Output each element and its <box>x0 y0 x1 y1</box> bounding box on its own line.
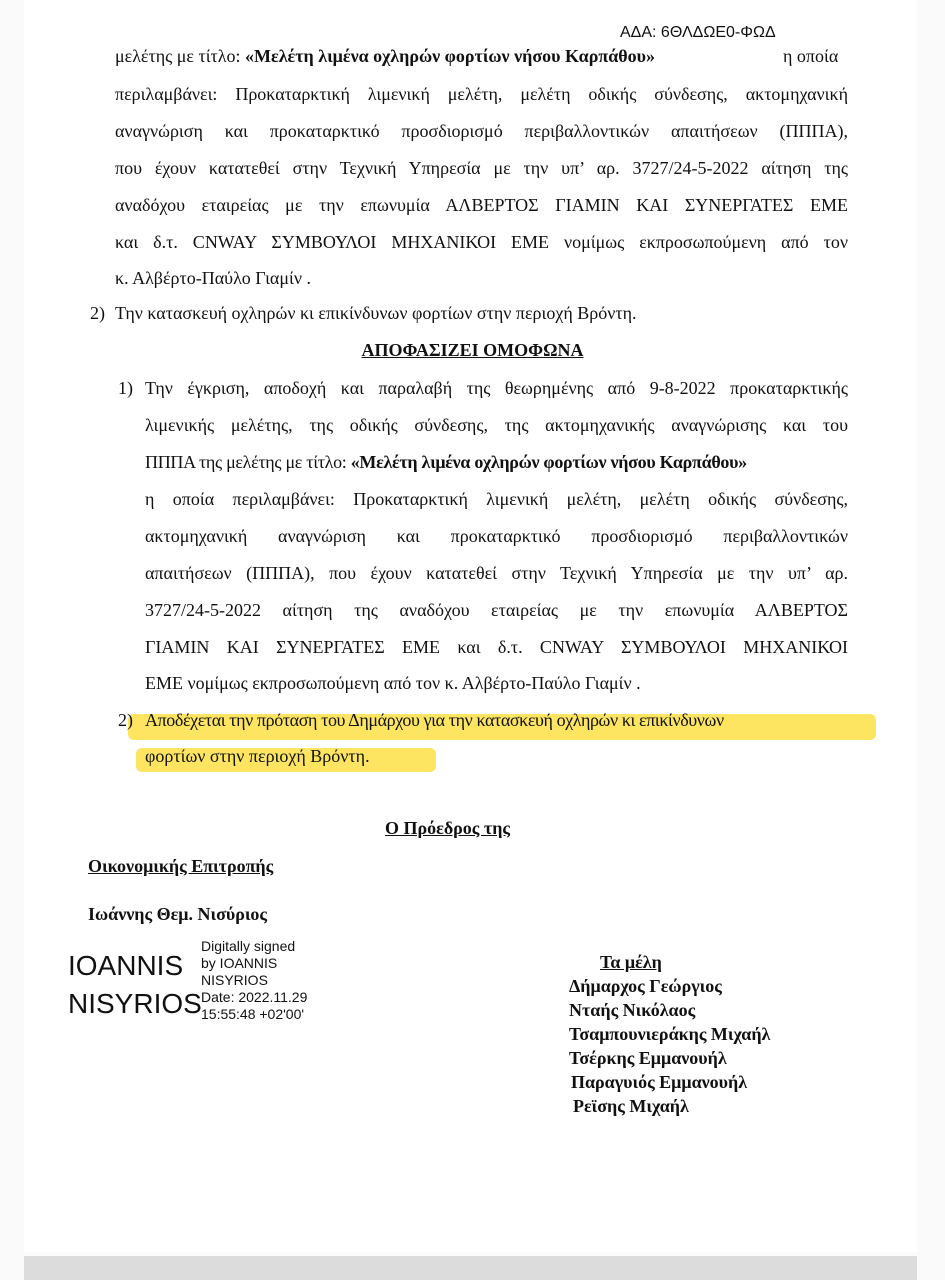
decision-item-1-line: λιμενικής μελέτης, της οδικής σύνδεσης, … <box>145 415 848 436</box>
decision-item-2-line: φορτίων στην περιοχή Βρόντη. <box>145 746 370 767</box>
signature-info-line: NISYRIOS <box>201 972 307 989</box>
signature-title-1: Ο Πρόεδρος της <box>385 818 510 839</box>
study-title: «Μελέτη λιμένα οχληρών φορτίων νήσου Καρ… <box>245 46 655 66</box>
decision-heading: ΑΠΟΦΑΣΙΖΕΙ ΟΜΟΦΩΝΑ <box>0 340 945 361</box>
members-heading: Τα μέλη <box>600 952 662 973</box>
digital-signature-name: NISYRIOS <box>68 988 202 1020</box>
intro-text: μελέτης με τίτλο: <box>115 46 245 66</box>
decision-item-1-line: Την έγκριση, αποδοχή και παραλαβή της θε… <box>145 378 848 399</box>
intro-line: που έχουν κατατεθεί στην Τεχνική Υπηρεσί… <box>115 158 848 179</box>
list-number: 1) <box>118 378 133 399</box>
signature-info-line: Digitally signed <box>201 938 307 955</box>
decision-item-1-line: ΕΜΕ νομίμως εκπροσωπούμενη από τον κ. Αλ… <box>145 673 641 694</box>
signature-info-line: 15:55:48 +02'00' <box>201 1006 307 1023</box>
intro-line: περιλαμβάνει: Προκαταρκτική λιμενική μελ… <box>115 84 848 105</box>
intro-line-1: μελέτης με τίτλο: «Μελέτη λιμένα οχληρών… <box>115 46 655 67</box>
member-name: Ρεϊσης Μιχαήλ <box>573 1096 689 1117</box>
decision-item-1-line: ακτομηχανική αναγνώριση και προκαταρκτικ… <box>145 526 848 547</box>
page-bottom-edge <box>24 1256 917 1280</box>
intro-line: και δ.τ. CNWAY ΣΥΜΒΟΥΛΟΙ ΜΗΧΑΝΙΚΟΙ ΕΜΕ ν… <box>115 232 848 253</box>
signer-name: Ιωάννης Θεμ. Νισύριος <box>88 904 267 925</box>
intro-line: κ. Αλβέρτο-Παύλο Γιαμίν . <box>115 268 311 289</box>
member-name: Τσαμπουνιεράκης Μιχαήλ <box>569 1024 770 1045</box>
list-number: 2) <box>118 710 133 731</box>
member-name: Δήμαρχος Γεώργιος <box>569 976 722 997</box>
decision-item-2-line: Αποδέχεται την πρόταση του Δημάρχου για … <box>145 710 724 731</box>
document-page <box>24 0 917 1252</box>
signature-title-2: Οικονομικής Επιτροπής <box>88 856 273 877</box>
intro-line-1-end: η οποία <box>783 46 838 67</box>
signature-info-line: Date: 2022.11.29 <box>201 989 307 1006</box>
member-name: Νταής Νικόλαος <box>569 1000 695 1021</box>
member-name: Τσέρκης Εμμανουήλ <box>569 1048 727 1069</box>
signature-info-line: by IOANNIS <box>201 955 307 972</box>
ada-code: ΑΔΑ: 6ΘΛΔΩΕ0-ΦΩΔ <box>620 24 776 42</box>
decision-item-1-line: ΠΠΠΑ της μελέτης με τίτλο: «Μελέτη λιμέν… <box>145 452 747 473</box>
decision-item-1-line: απαιτήσεων (ΠΠΠΑ), που έχουν κατατεθεί σ… <box>145 563 848 584</box>
intro-line: αναδόχου εταιρείας με την επωνυμία ΑΛΒΕΡ… <box>115 195 848 216</box>
list-number: 2) <box>90 303 105 324</box>
decision-item-1-line: ΓΙΑΜΙΝ ΚΑΙ ΣΥΝΕΡΓΑΤΕΣ ΕΜΕ και δ.τ. CNWAY… <box>145 637 848 658</box>
study-title: «Μελέτη λιμένα οχληρών φορτίων νήσου Καρ… <box>351 452 747 472</box>
decision-item-1-line: η οποία περιλαμβάνει: Προκαταρκτική λιμε… <box>145 489 848 510</box>
decision-text: ΠΠΠΑ της μελέτης με τίτλο: <box>145 452 351 472</box>
intro-item-2: Την κατασκευή οχληρών κι επικίνδυνων φορ… <box>115 303 637 324</box>
digital-signature-name: IOANNIS <box>68 950 183 982</box>
member-name: Παραγυιός Εμμανουήλ <box>571 1072 747 1093</box>
intro-line: αναγνώριση και προκαταρκτικό προσδιορισμ… <box>115 121 848 142</box>
digital-signature-info: Digitally signed by IOANNIS NISYRIOS Dat… <box>201 938 307 1023</box>
decision-item-1-line: 3727/24-5-2022 αίτηση της αναδόχου εταιρ… <box>145 600 848 621</box>
